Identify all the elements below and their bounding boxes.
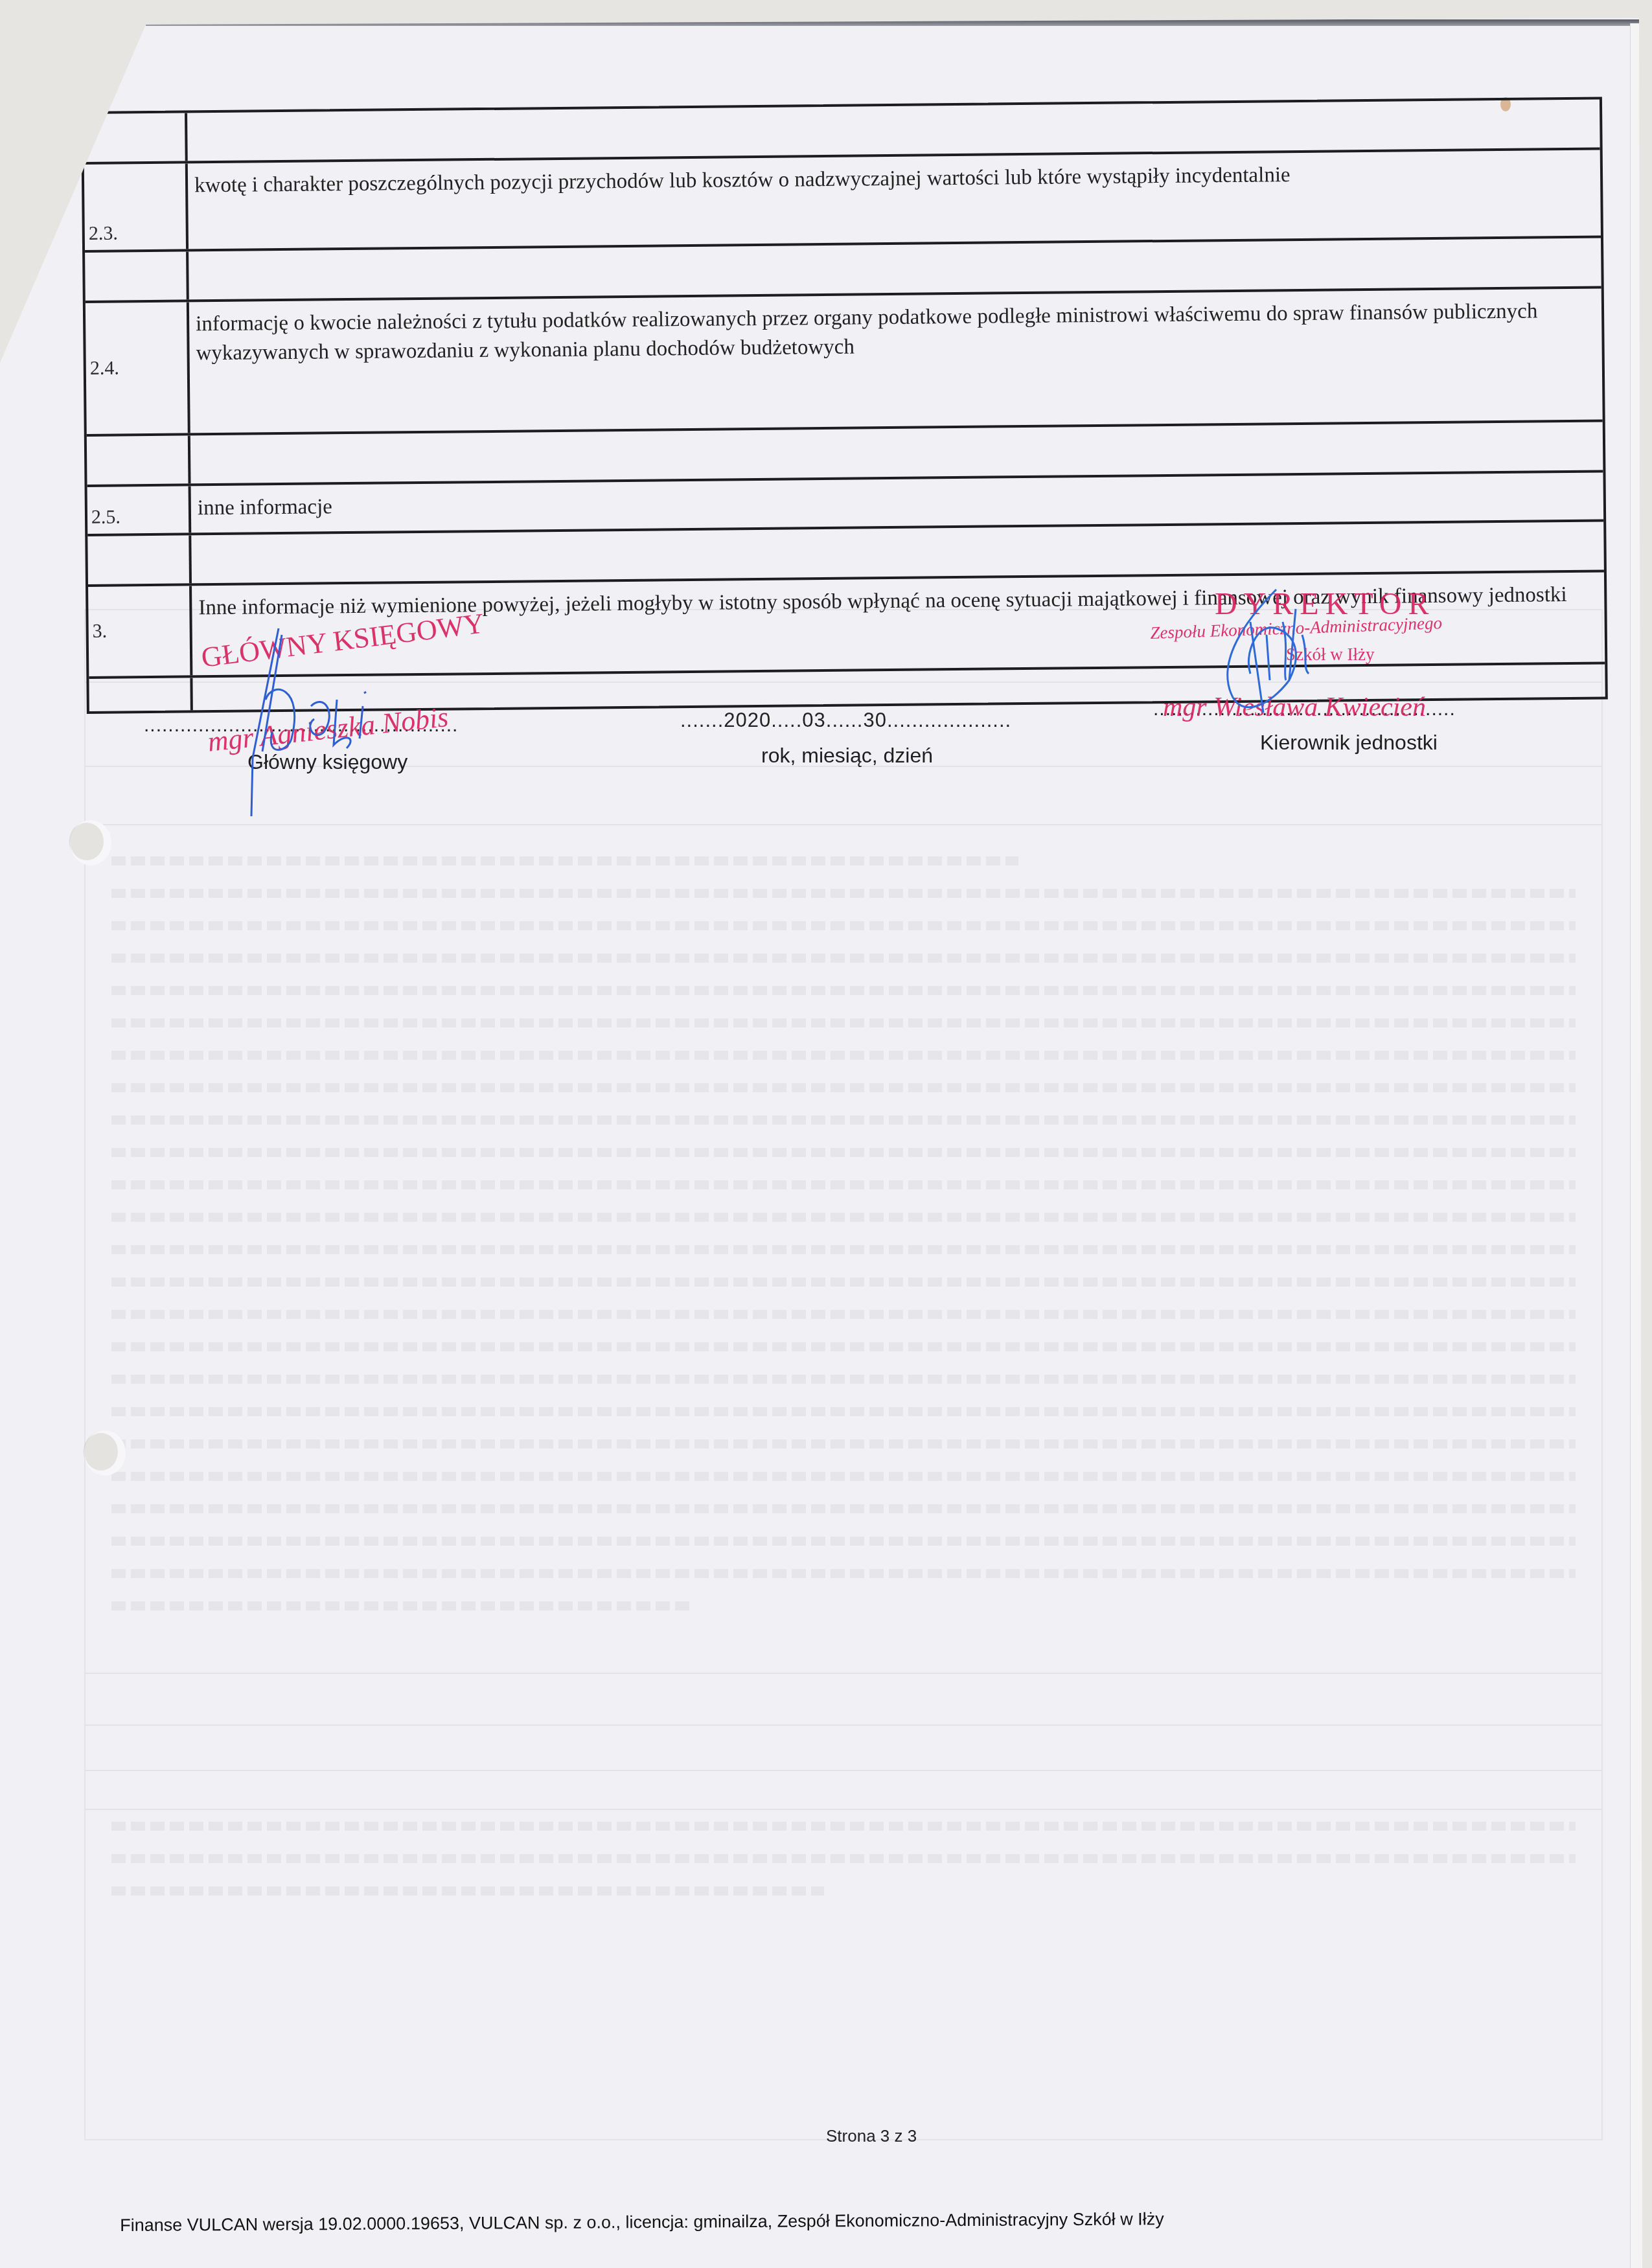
date-label: rok, miesiąc, dzień xyxy=(761,744,933,768)
accountant-handwritten-signature xyxy=(227,622,434,829)
punch-hole xyxy=(84,1433,118,1471)
row-text: informację o kwocie należności z tytułu … xyxy=(189,288,1603,433)
director-handwritten-signature xyxy=(1205,583,1335,739)
punch-hole xyxy=(70,823,104,860)
row-number: 2.5. xyxy=(87,486,192,534)
row-number: 2.4. xyxy=(86,302,190,434)
page-number: Strona 3 z 3 xyxy=(826,2126,917,2146)
row-number: 3. xyxy=(88,586,192,676)
table-row: 2.4. informację o kwocie należności z ty… xyxy=(86,286,1603,433)
table-row: 2.3. kwotę i charakter poszczególnych po… xyxy=(84,147,1601,249)
paper-sheet: 2.3. kwotę i charakter poszczególnych po… xyxy=(0,0,1642,2268)
row-number xyxy=(89,678,192,711)
row-number: 2.3. xyxy=(84,163,189,250)
row-text: kwotę i charakter poszczególnych pozycji… xyxy=(188,150,1601,249)
bleed-through-reverse-page xyxy=(84,609,1603,2140)
date-value: .......2020.....03......30..............… xyxy=(680,709,1011,732)
software-footer: Finanse VULCAN wersja 19.02.0000.19653, … xyxy=(120,2209,1164,2236)
row-number xyxy=(87,535,192,584)
row-number xyxy=(87,435,191,485)
row-number xyxy=(85,251,189,301)
